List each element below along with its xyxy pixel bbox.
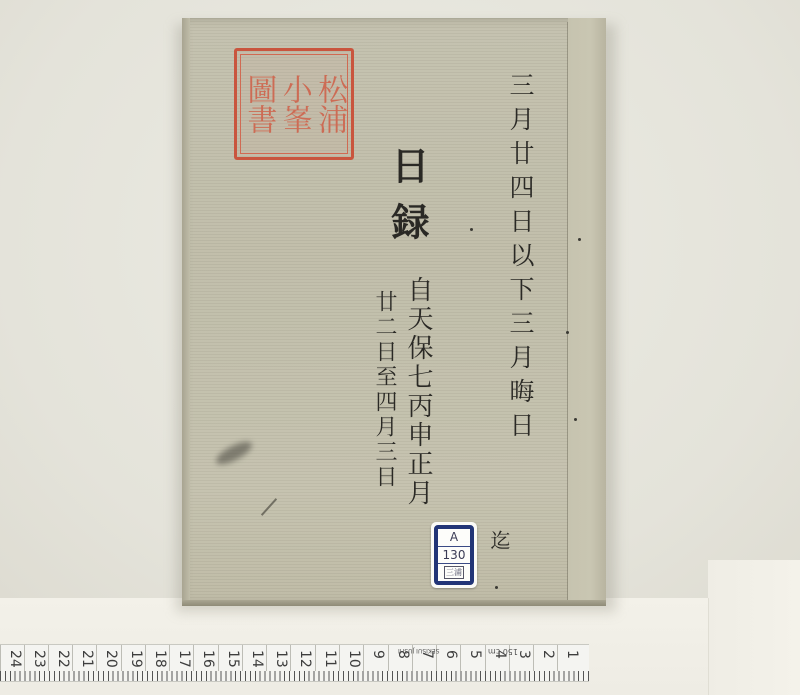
book-bottom-edge — [182, 600, 606, 606]
ruler-mark: 20 — [103, 650, 119, 668]
label-row-collection: 三浦 — [438, 564, 470, 581]
ruler-cell-9: 9 — [363, 645, 389, 671]
ruler-cell-23: 23 — [24, 645, 49, 671]
ruler-cell-15: 15 — [218, 645, 243, 671]
ruler-cell-22: 22 — [48, 645, 73, 671]
ruler-ticks — [0, 671, 589, 681]
measuring-ruler: 24 23 22 21 20 19 18 17 16 15 14 13 12 1… — [0, 644, 589, 682]
collector-seal: 松浦 小峯 圖書 — [234, 48, 354, 160]
scratch-mark — [261, 498, 277, 516]
ruler-mark: 17 — [176, 650, 192, 668]
label-collection-text: 三浦 — [444, 566, 464, 579]
ruler-cell-20: 20 — [96, 645, 122, 671]
label-frame: A 130 三浦 — [434, 525, 474, 585]
ruler-mark: 24 — [7, 650, 23, 668]
cover-subtitle-line1: 自天保七丙申正月 — [400, 276, 437, 508]
book-left-edge — [182, 18, 190, 606]
ruler-brand-text: SEKISUI JUSHI — [398, 647, 439, 654]
ruler-cell-21: 21 — [72, 645, 97, 671]
ruler-mark: 9 — [370, 650, 386, 659]
ruler-cell-12: 12 — [290, 645, 316, 671]
ruler-scale-label: 150 cm — [488, 647, 518, 656]
ruler-mark: 11 — [322, 650, 338, 668]
ruler-mark: 18 — [152, 650, 168, 668]
ruler-cell-6: 6 — [436, 645, 461, 671]
ruler-cell-11: 11 — [315, 645, 340, 671]
call-number-label: A 130 三浦 — [431, 522, 477, 588]
speck — [495, 586, 498, 589]
ruler-cell-16: 16 — [193, 645, 219, 671]
cover-title: 日録 — [380, 146, 435, 258]
ruler-mark: 2 — [540, 650, 556, 659]
ruler-mark: 10 — [346, 650, 362, 668]
ruler-cell-13: 13 — [266, 645, 291, 671]
ruler-mark: 6 — [443, 650, 459, 659]
ruler-cell-10: 10 — [339, 645, 364, 671]
ruler-mark: 3 — [516, 650, 532, 659]
ruler-mark: 5 — [467, 650, 483, 659]
ruler-cell-24: 24 — [0, 645, 25, 671]
ruler-cell-14: 14 — [242, 645, 267, 671]
stand-right-side — [708, 560, 800, 695]
label-row-number: 130 — [438, 547, 470, 565]
speck — [470, 228, 473, 231]
ruler-mark: 1 — [564, 650, 580, 659]
ruler-mark: 13 — [273, 650, 289, 668]
ruler-cell-5: 5 — [460, 645, 486, 671]
speck — [566, 331, 569, 334]
ruler-cell-2: 2 — [533, 645, 558, 671]
ruler-mark: 19 — [128, 650, 144, 668]
seal-inner-border: 松浦 小峯 圖書 — [240, 54, 348, 154]
ruler-cell-18: 18 — [145, 645, 170, 671]
speck — [574, 418, 577, 421]
ruler-cell-17: 17 — [169, 645, 194, 671]
speck — [578, 238, 581, 241]
ruler-cell-19: 19 — [121, 645, 146, 671]
ruler-mark: 14 — [249, 650, 265, 668]
spine-fold-line — [567, 22, 568, 602]
ruler-mark: 15 — [225, 650, 241, 668]
cover-subtitle-line2: 廿二日至四月三日 — [369, 290, 400, 490]
right-inscription-tail: 迄 — [485, 530, 514, 554]
ruler-mark: 16 — [200, 650, 216, 668]
seal-column-3: 圖書 — [243, 74, 275, 134]
book-cover: 松浦 小峯 圖書 日録 自天保七丙申正月 廿二日至四月三日 三月廿四日以下三月晦… — [182, 18, 606, 606]
ruler-mark: 12 — [297, 650, 313, 668]
right-inscription: 三月廿四日以下三月晦日 — [502, 72, 538, 446]
seal-column-1: 松浦 — [314, 74, 346, 134]
ink-smudge — [213, 437, 255, 468]
book-spine — [568, 18, 606, 606]
ruler-cell-1: 1 — [557, 645, 590, 671]
seal-column-2: 小峯 — [278, 74, 310, 134]
ruler-mark: 23 — [31, 650, 47, 668]
ruler-mark: 22 — [55, 650, 71, 668]
label-row-series: A — [438, 529, 470, 547]
ruler-mark: 21 — [79, 650, 95, 668]
